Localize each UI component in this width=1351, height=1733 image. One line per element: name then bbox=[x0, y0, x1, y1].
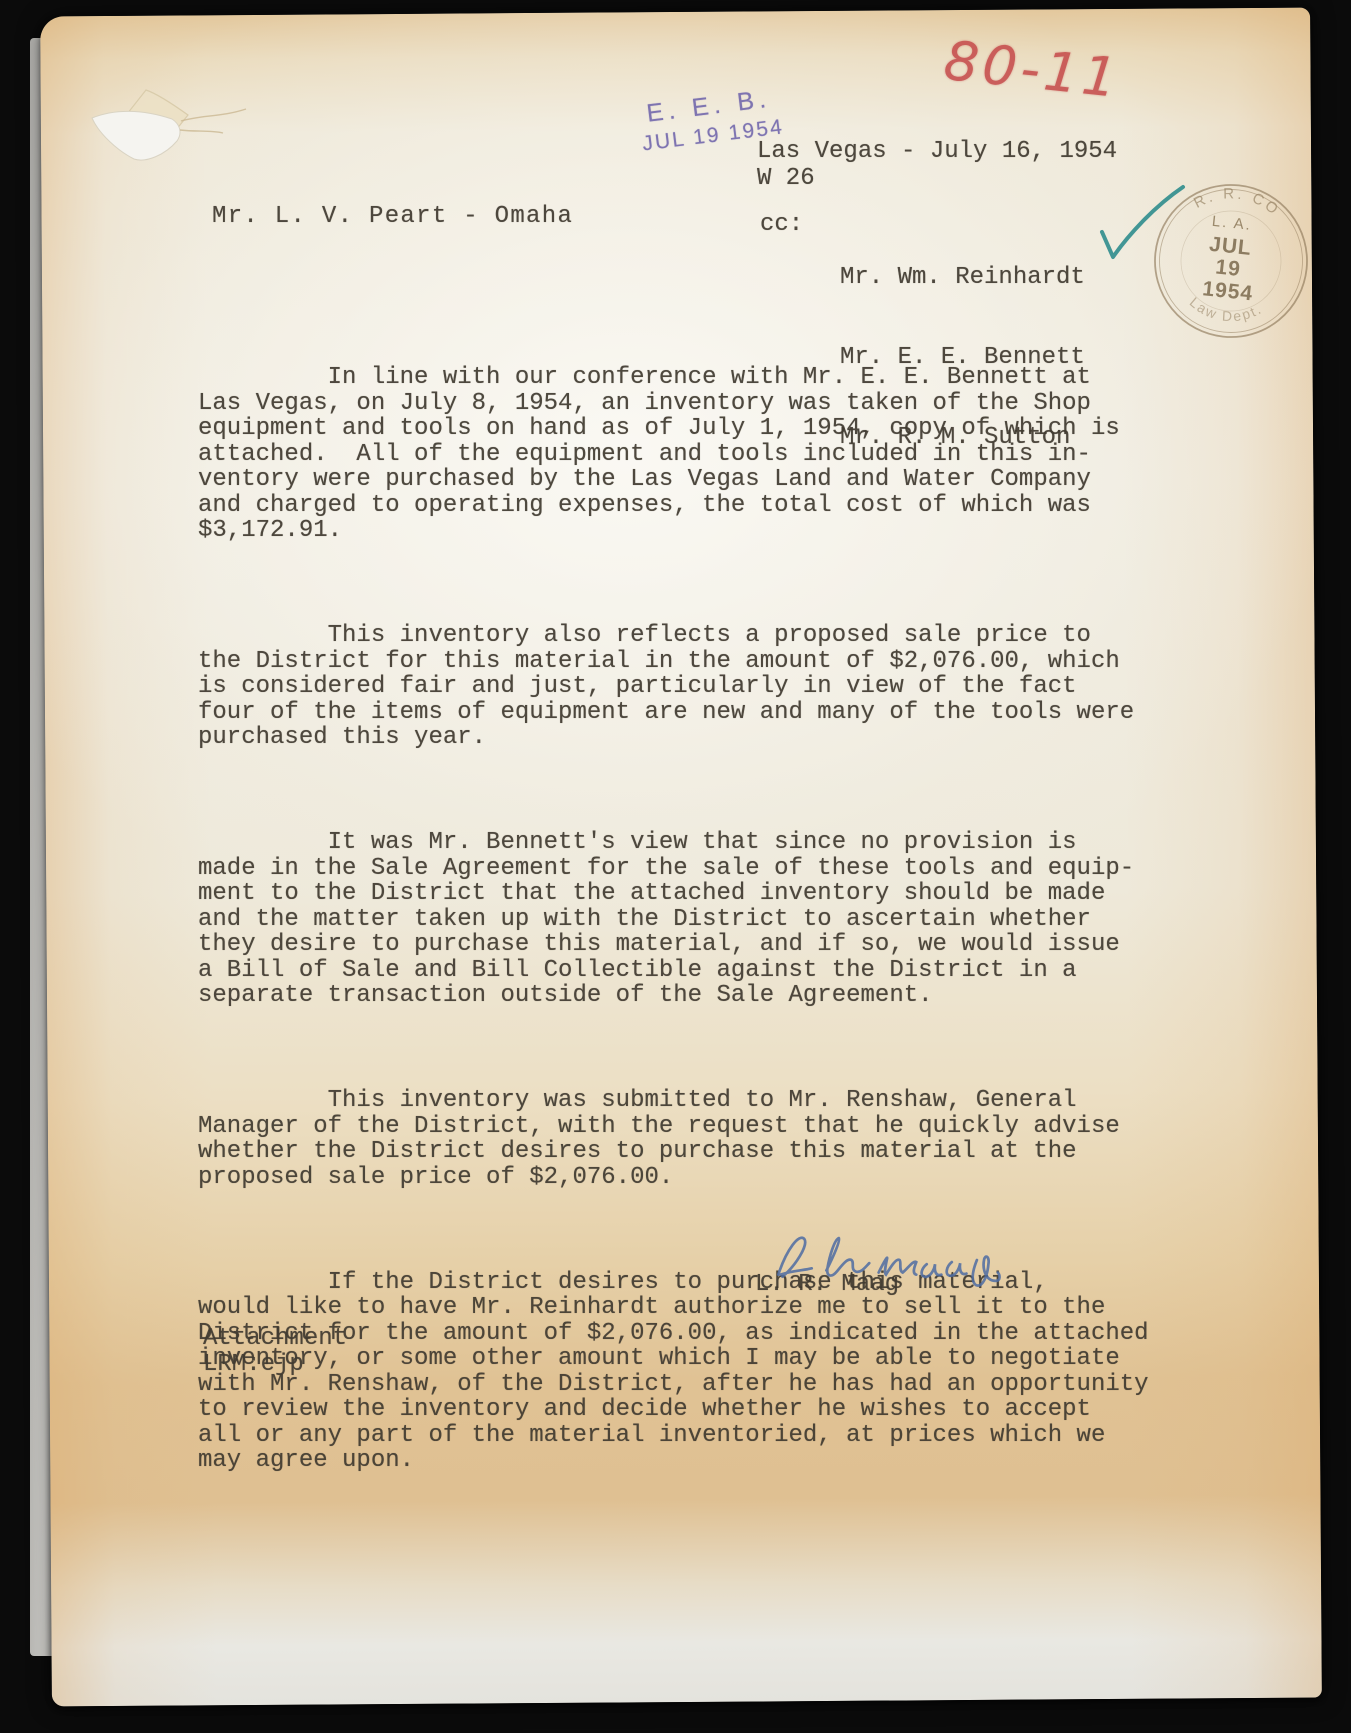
addressee: Mr. L. V. Peart - Omaha bbox=[212, 203, 573, 230]
stamp-day: 19 bbox=[1214, 255, 1242, 281]
reference-initials: LRM:ejp bbox=[203, 1351, 304, 1378]
cc-recipient: Mr. Wm. Reinhardt bbox=[840, 265, 1085, 291]
file-number: W 26 bbox=[757, 165, 815, 192]
paper-tear bbox=[84, 78, 264, 178]
round-date-stamp: R. R. CO L. A. JUL 19 1954 Law Dept. bbox=[1138, 168, 1325, 355]
enclosure-note: Attachment bbox=[203, 1325, 347, 1352]
body-paragraph: It was Mr. Bennett's view that since no … bbox=[198, 830, 1158, 1009]
body-paragraph: If the District desires to purchase this… bbox=[198, 1270, 1158, 1474]
tear-crack bbox=[180, 109, 246, 133]
dateline: Las Vegas - July 16, 1954 bbox=[757, 138, 1117, 165]
tear-hole bbox=[92, 111, 180, 160]
signature-typed: L. R. Maag bbox=[755, 1271, 899, 1298]
body-paragraph: This inventory was submitted to Mr. Rens… bbox=[198, 1088, 1158, 1190]
stamp-year: 1954 bbox=[1201, 277, 1254, 305]
stamp-region: L. A. bbox=[1211, 213, 1253, 234]
scan-background: { "letter": { "ref_number": "80-11", "re… bbox=[0, 0, 1351, 1733]
body-paragraph: This inventory also reflects a proposed … bbox=[198, 623, 1158, 751]
body-paragraph: In line with our conference with Mr. E. … bbox=[198, 365, 1158, 544]
cc-label: cc: bbox=[760, 211, 803, 238]
